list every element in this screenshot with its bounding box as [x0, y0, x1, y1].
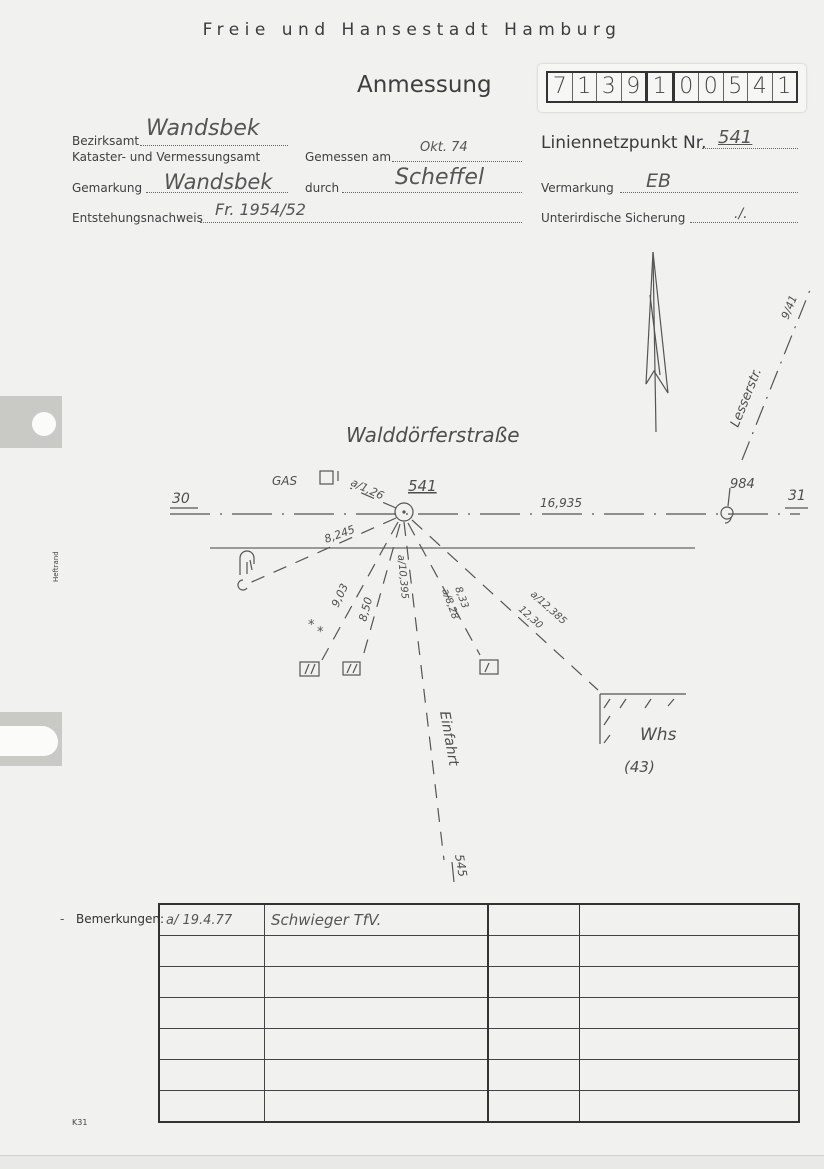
building-label: Whs [640, 725, 677, 745]
remarks-row [159, 1091, 799, 1123]
remarks-row [159, 1060, 799, 1091]
remarks-cell [159, 1060, 265, 1091]
remarks-row [159, 1029, 799, 1060]
remarks-cell [159, 998, 265, 1029]
remarks-dash: - [60, 912, 64, 926]
remarks-cell [265, 1091, 489, 1123]
remarks-cell [580, 1091, 800, 1123]
remarks-cell [159, 1091, 265, 1123]
point-east-label: 984 [730, 477, 755, 492]
remarks-cell [488, 1091, 580, 1123]
remarks-cell [265, 1029, 489, 1060]
remarks-row: a/ 19.4.77Schwieger TfV. [159, 904, 799, 936]
driveway-label: Einfahrt [436, 710, 461, 768]
point-right-label: 31 [788, 488, 806, 504]
remarks-cell [580, 904, 800, 936]
marker-box-icon [343, 662, 360, 675]
remarks-row [159, 998, 799, 1029]
point-left-label: 30 [172, 491, 190, 507]
remarks-cell [265, 1060, 489, 1091]
marker-box-icon [300, 662, 319, 676]
remarks-cell [580, 1029, 800, 1060]
svg-text:*: * [317, 625, 324, 640]
svg-text:*: * [308, 618, 315, 633]
remarks-cell [580, 1060, 800, 1091]
svg-text:9,03: 9,03 [329, 582, 351, 610]
remarks-cell [580, 998, 800, 1029]
form-code: K31 [72, 1118, 87, 1127]
building-number: (43) [624, 758, 655, 776]
svg-text:8,50: 8,50 [356, 596, 375, 623]
marker-box-icon [480, 660, 498, 674]
north-arrow-icon [646, 252, 668, 432]
street-name-label: Walddörferstraße [346, 423, 520, 447]
binding-margin-label: Heftrand [52, 551, 60, 582]
remarks-cell [488, 967, 580, 998]
remarks-cell [580, 967, 800, 998]
remarks-cell [159, 1029, 265, 1060]
remarks-cell: Schwieger TfV. [265, 904, 489, 936]
gas-valve-icon [320, 471, 333, 484]
svg-text:a/10,395: a/10,395 [395, 554, 410, 599]
svg-text:16,935: 16,935 [540, 496, 582, 510]
remarks-row [159, 967, 799, 998]
remarks-cell [488, 1029, 580, 1060]
remarks-label: Bemerkungen: [76, 912, 164, 926]
remarks-cell [580, 936, 800, 967]
side-street-label: Lesserstr. [728, 366, 765, 429]
remarks-cell [488, 1060, 580, 1091]
gas-label: GAS [272, 474, 298, 488]
point-south-label: 545 [452, 853, 470, 878]
svg-text:a/1,26: a/1,26 [349, 476, 386, 503]
remarks-table: a/ 19.4.77Schwieger TfV. [158, 903, 800, 1123]
remarks-cell [488, 904, 580, 936]
remarks-cell [265, 998, 489, 1029]
remarks-cell [488, 998, 580, 1029]
remarks-cell [159, 936, 265, 967]
remarks-cell: a/ 19.4.77 [159, 904, 265, 936]
remarks-row [159, 936, 799, 967]
remarks-cell [265, 967, 489, 998]
remarks-cell [488, 936, 580, 967]
remarks-cell [159, 967, 265, 998]
svg-text:9/41: 9/41 [779, 293, 800, 321]
remarks-cell [265, 936, 489, 967]
point-main-label: 541 [408, 477, 437, 495]
